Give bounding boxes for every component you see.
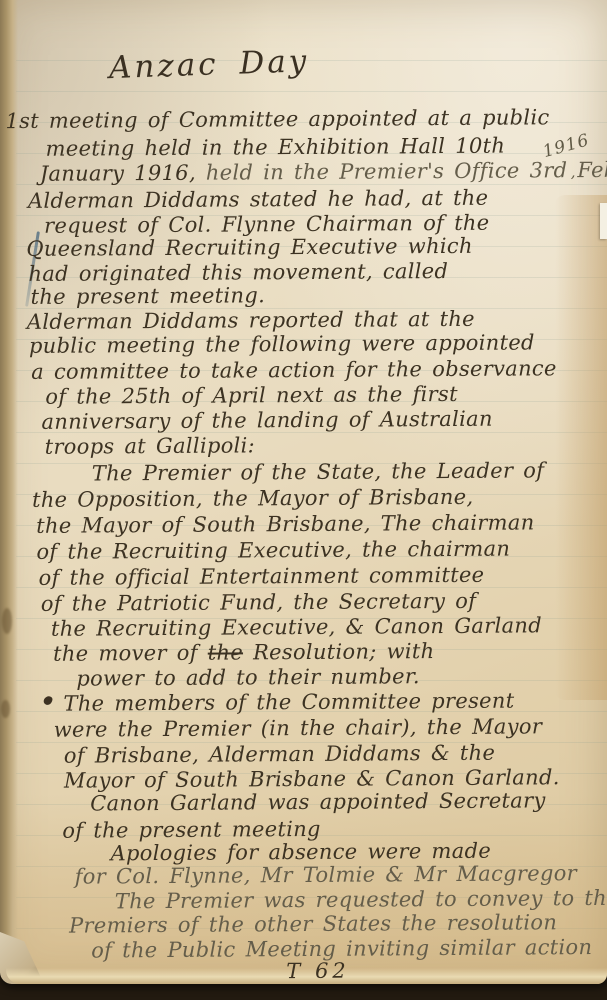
- manuscript-line: The members of the Committee present: [63, 689, 514, 716]
- page-number: T 62: [286, 959, 350, 983]
- manuscript-line: Canon Garland was appointed Secretary: [90, 788, 546, 815]
- manuscript-line: the present meeting.: [31, 283, 266, 309]
- manuscript-line: of Brisbane, Alderman Diddams & the: [64, 741, 496, 768]
- manuscript-line: for Col. Flynne, Mr Tolmie & Mr Macgrego…: [75, 861, 577, 889]
- manuscript-line: The Premier was requested to convey to t…: [115, 886, 607, 914]
- manuscript-text: Anzac Day 1st meeting of Committee appoi…: [0, 0, 607, 986]
- manuscript-page: Anzac Day 1st meeting of Committee appoi…: [0, 0, 607, 984]
- manuscript-line: of the Recruiting Executive, the chairma…: [36, 537, 510, 564]
- manuscript-line: troops at Gallipoli:: [45, 433, 256, 458]
- manuscript-line: of the Patriotic Fund, the Secretary of: [41, 589, 477, 616]
- manuscript-line: meeting held in the Exhibition Hall 10th: [46, 134, 506, 161]
- manuscript-line: were the Premier (in the chair), the May…: [54, 714, 543, 741]
- manuscript-line: the mover of the Resolution; with: [53, 639, 434, 666]
- manuscript-line: Premiers of the other States the resolut…: [69, 910, 557, 937]
- manuscript-line: a committee to take action for the obser…: [31, 356, 557, 384]
- manuscript-line: January 1916, held in the Premier's Offi…: [40, 157, 607, 185]
- manuscript-line: power to add to their number.: [76, 664, 420, 690]
- manuscript-line: of the 25th of April next as the first: [45, 382, 458, 409]
- insertion-caret-mark: ,: [571, 163, 576, 181]
- manuscript-line: anniversary of the landing of Australian: [41, 407, 492, 434]
- line-part: Resolution; with: [243, 639, 435, 664]
- manuscript-line: Alderman Diddams stated he had, at the: [28, 186, 489, 213]
- line-part: the mover of: [53, 641, 208, 666]
- page-title: Anzac Day: [108, 43, 309, 86]
- manuscript-line: 1st meeting of Committee appointed at a …: [5, 105, 549, 133]
- manuscript-line: The Premier of the State, the Leader of: [92, 458, 545, 485]
- manuscript-line: the Mayor of South Brisbane, The chairma…: [36, 510, 534, 537]
- manuscript-line: Queensland Recruiting Executive which: [26, 234, 473, 261]
- manuscript-line: had originated this movement, called: [28, 259, 448, 286]
- manuscript-line: the Recruiting Executive, & Canon Garlan…: [51, 613, 542, 640]
- manuscript-line: public meeting the following were appoin…: [29, 330, 535, 358]
- manuscript-line: of the present meeting: [62, 817, 321, 843]
- manuscript-line: Alderman Diddams reported that at the: [27, 307, 475, 334]
- line-part: January 1916,: [40, 161, 206, 186]
- manuscript-line: of the official Entertainment committee: [39, 563, 485, 590]
- manuscript-line: the Opposition, the Mayor of Brisbane,: [32, 485, 474, 512]
- struck-word: the: [208, 640, 243, 664]
